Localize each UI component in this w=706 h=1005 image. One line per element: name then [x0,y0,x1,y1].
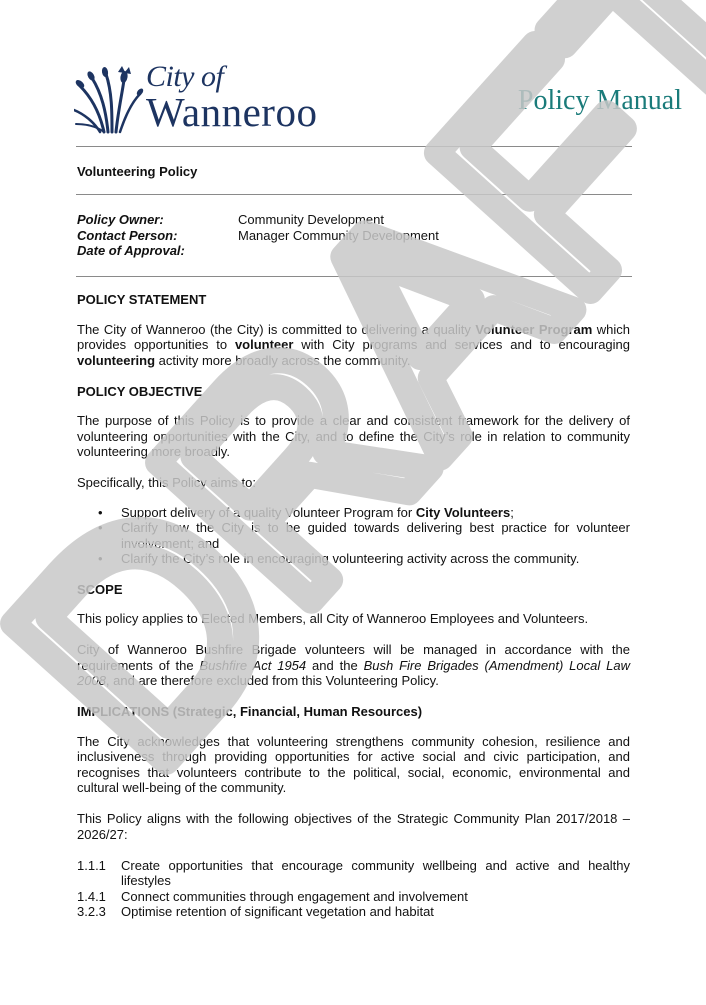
meta-label: Contact Person: [77,228,238,244]
scope-paragraph: This policy applies to Elected Members, … [77,611,630,627]
list-item: 1.4.1Connect communities through engagem… [77,889,630,905]
list-item: Clarify how the City is to be guided tow… [77,520,630,551]
divider [76,146,632,147]
list-item: Support delivery of a quality Volunteer … [77,505,630,521]
list-item: 3.2.3Optimise retention of significant v… [77,904,630,920]
meta-value: Community Development [238,212,384,228]
list-item: Clarify the City’s role in encouraging v… [77,551,630,567]
document-page: City of Wanneroo Policy Manual Volunteer… [0,0,706,1005]
meta-row-owner: Policy Owner: Community Development [77,212,439,228]
strategic-plan-intro: This Policy aligns with the following ob… [77,811,630,842]
meta-row-approval-date: Date of Approval: [77,243,439,259]
section-heading-scope: SCOPE [77,582,630,598]
document-body: POLICY STATEMENT The City of Wanneroo (t… [77,292,630,920]
objective-intro: Specifically, this Policy aims to: [77,475,630,491]
policy-metadata: Policy Owner: Community Development Cont… [77,212,439,259]
implications-paragraph: The City acknowledges that volunteering … [77,734,630,796]
meta-value: Manager Community Development [238,228,439,244]
logo-wanneroo: Wanneroo [146,88,317,136]
objective-paragraph: The purpose of this Policy is to provide… [77,413,630,460]
scope-bushfire-paragraph: City of Wanneroo Bushfire Brigade volunt… [77,642,630,689]
section-heading-policy-statement: POLICY STATEMENT [77,292,630,308]
city-of-wanneroo-logo: City of Wanneroo [74,62,334,137]
list-item: 1.1.1Create opportunities that encourage… [77,858,630,889]
kangaroo-paw-icon [74,64,144,134]
meta-label: Date of Approval: [77,243,238,259]
document-title: Volunteering Policy [77,164,197,179]
meta-row-contact: Contact Person: Manager Community Develo… [77,228,439,244]
section-heading-policy-objective: POLICY OBJECTIVE [77,384,630,400]
strategic-objectives-list: 1.1.1Create opportunities that encourage… [77,858,630,920]
section-heading-implications: IMPLICATIONS (Strategic, Financial, Huma… [77,704,630,720]
policy-manual-title: Policy Manual [518,85,682,117]
objective-bullet-list: Support delivery of a quality Volunteer … [77,505,630,567]
divider [76,194,632,195]
policy-statement-paragraph: The City of Wanneroo (the City) is commi… [77,322,630,369]
divider [76,276,632,277]
meta-label: Policy Owner: [77,212,238,228]
